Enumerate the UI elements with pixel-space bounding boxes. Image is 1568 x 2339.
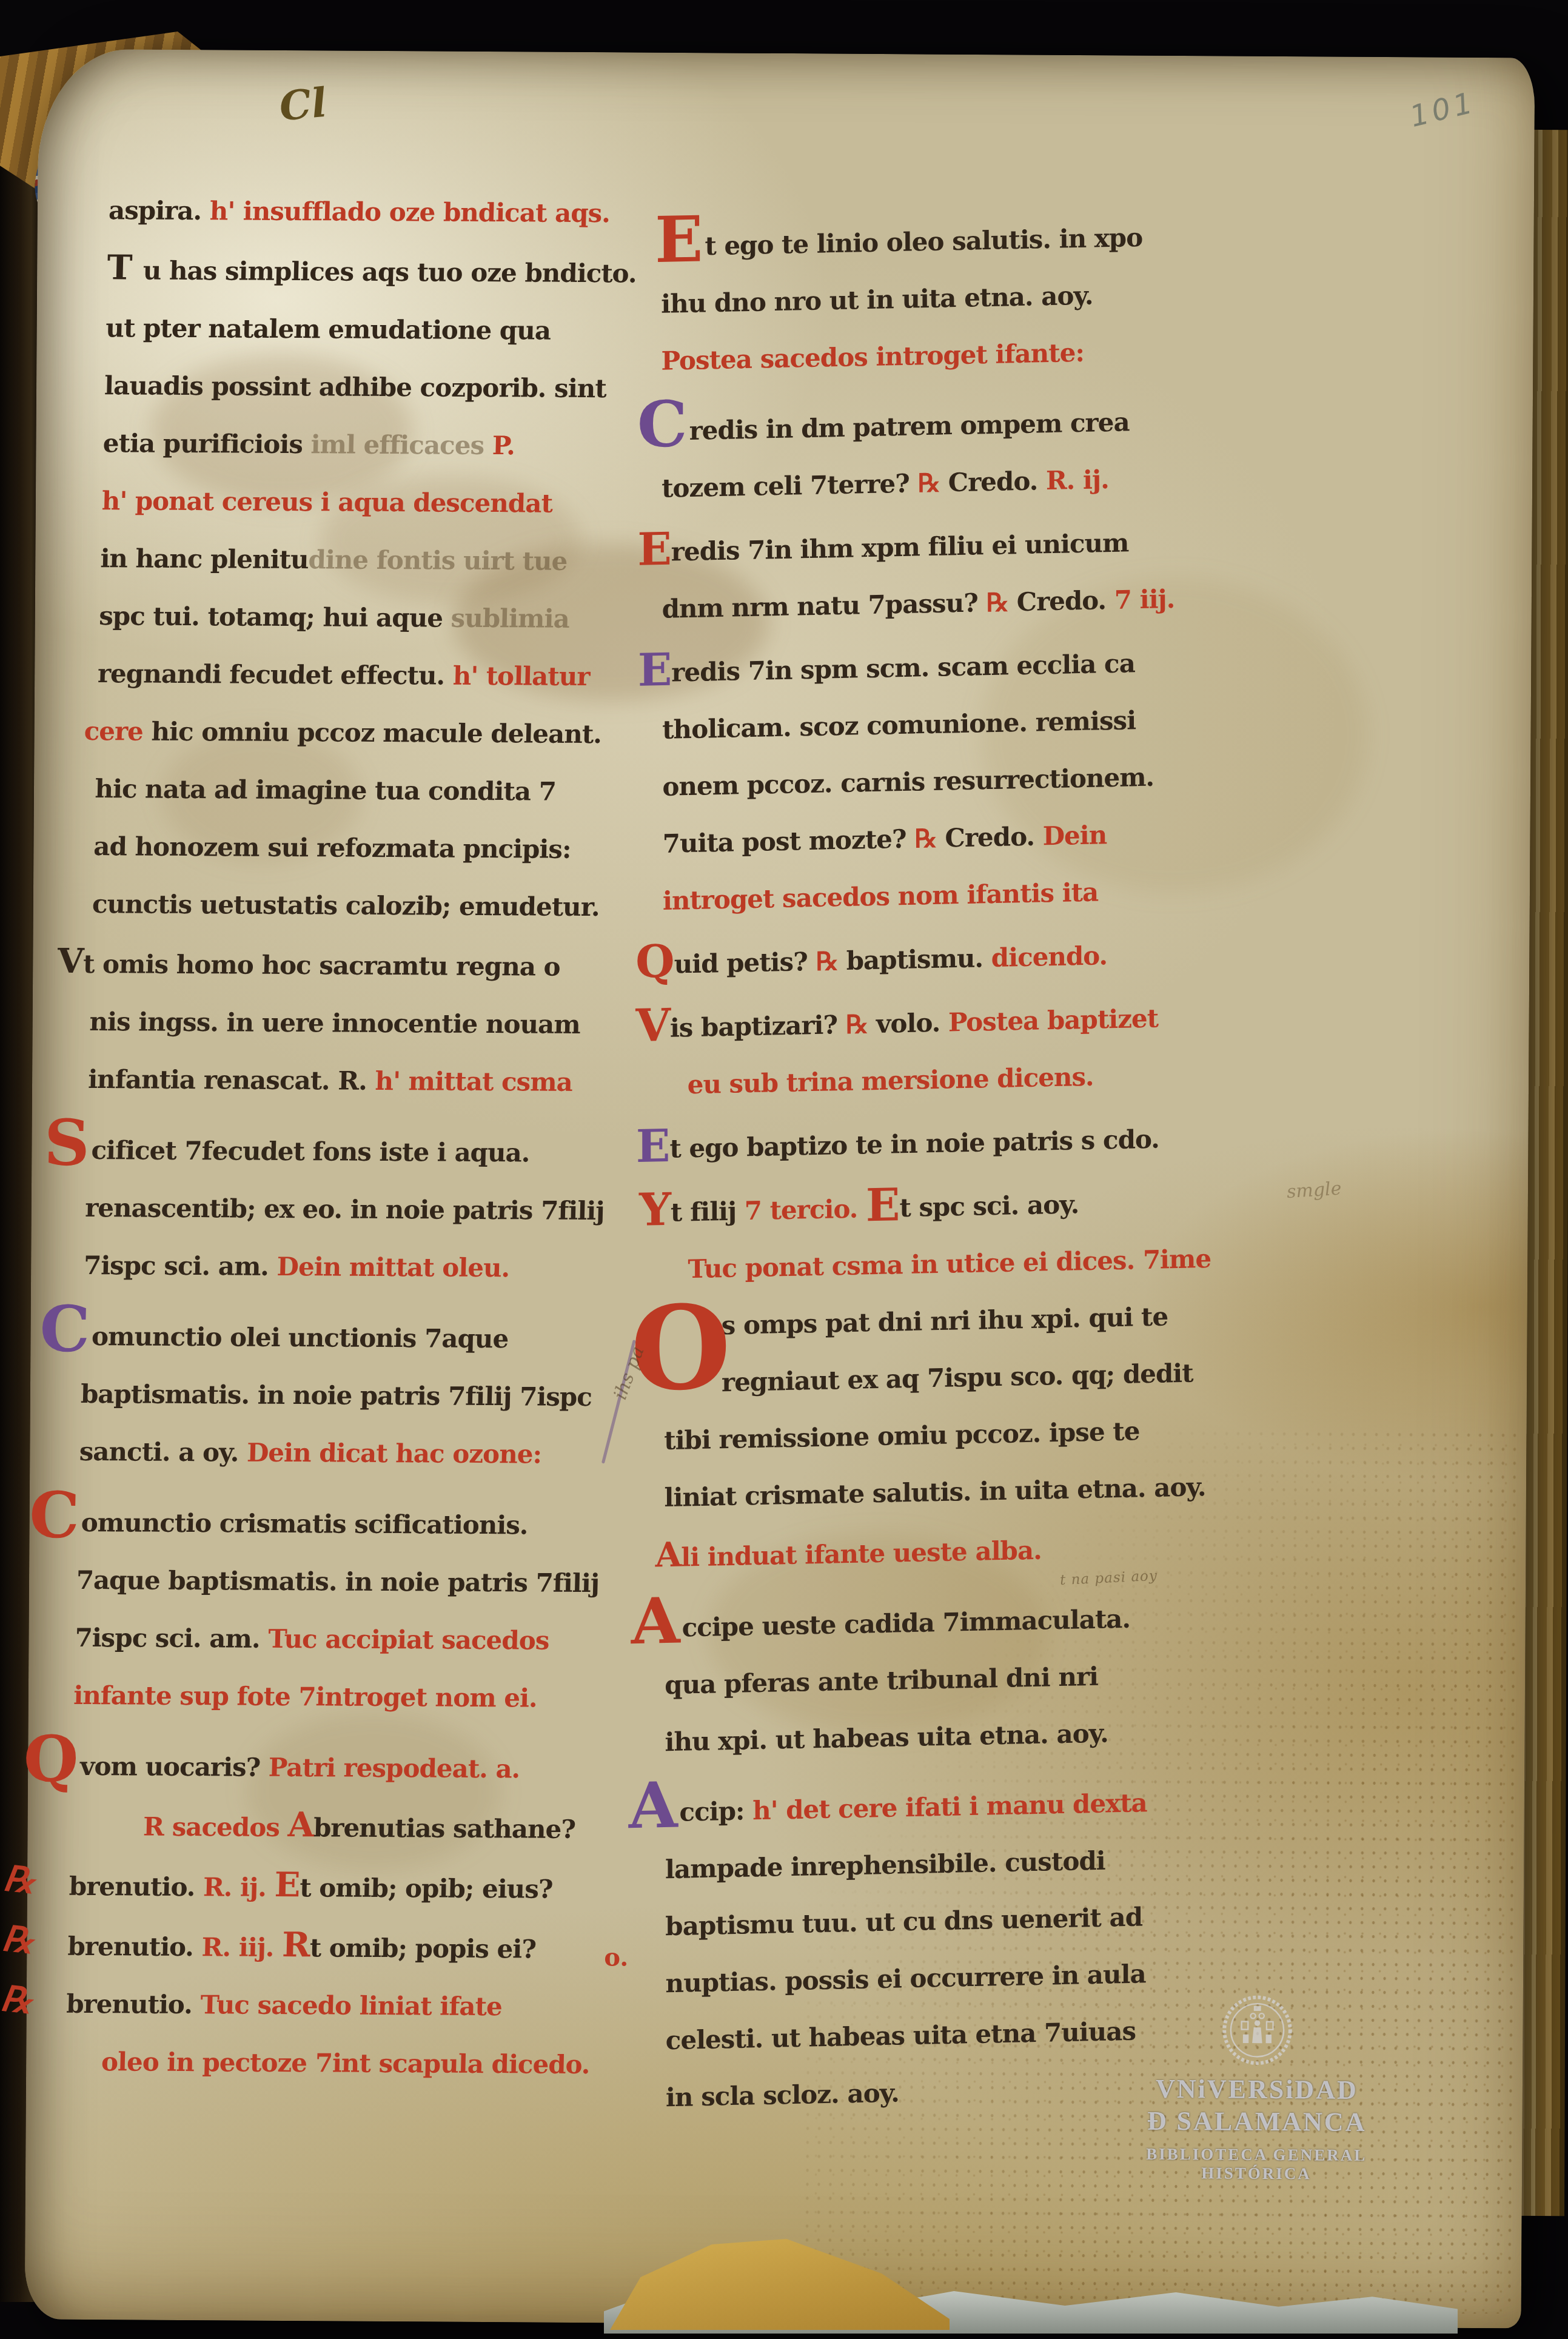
text-run: Credo.: [945, 821, 1042, 853]
text-run: 7aque baptismatis. in noie patris 7filij: [76, 1565, 599, 1598]
text-run: 7 iij.: [1114, 584, 1175, 615]
illuminated-initial: Q: [635, 936, 674, 988]
text-line: oleo in pectoze 7int scapula dicedo.: [101, 2033, 611, 2093]
text-run: ccipe ueste cadida 7immaculata.: [682, 1604, 1131, 1643]
text-run: cificet 7fecudet fons iste i aqua.: [91, 1135, 530, 1167]
text-line: regnandi fecudet effectu. h' tollatur: [97, 645, 644, 705]
text-run: Postea sacedos introget ifante:: [662, 338, 1084, 376]
text-run: t ego te linio oleo salutis. in xpo: [705, 223, 1142, 261]
text-run: dicendo.: [991, 941, 1108, 973]
text-run: dnm nrm natu 7passu?: [662, 588, 987, 624]
watermark-salamanca: Ð SALAMANCA: [1099, 2105, 1414, 2138]
text-line: Comunctio olei unctionis 7aque: [39, 1294, 629, 1369]
text-run: tibi remissione omiu pccoz. ipse te: [664, 1416, 1139, 1455]
text-line: 7ispc sci. am. Dein mittat oleu.: [83, 1237, 630, 1297]
text-line: cunctis uetustatis calozib; emudetur.: [92, 875, 638, 936]
manuscript-page: 101 Cl aspira. h' insufflado oze bndicat…: [25, 49, 1535, 2328]
watermark-university: VNiVERSiDAD: [1099, 2073, 1415, 2106]
text-run: brenutio.: [66, 1989, 201, 2019]
red-margin-mark: o.: [604, 1943, 628, 1972]
text-line: hic nata ad imagine tua condita 7: [94, 760, 641, 820]
text-run: infantia renascat. R.: [88, 1064, 375, 1096]
text-run: ihu xpi. ut habeas uita etna. aoy.: [665, 1718, 1108, 1757]
text-run: oleo in pectoze 7int scapula dicedo.: [101, 2047, 590, 2079]
text-run: eu sub trina mersione dicens.: [688, 1062, 1094, 1099]
text-run: u has simplices aqs tuo oze bndicto.: [142, 256, 637, 289]
text-run: lampade inrephensibile. custodi: [665, 1846, 1105, 1885]
text-run: ℞: [846, 1009, 876, 1039]
text-run: baptismu tuu. ut cu dns uenerit ad: [665, 1902, 1142, 1941]
watermark-library: BIBLIOTECA GENERAL HISTÓRICA: [1099, 2144, 1414, 2184]
text-run: h' mittat csma: [375, 1066, 572, 1097]
text-line: 7aque baptismatis. in noie patris 7filij: [76, 1551, 623, 1612]
illuminated-initial: S: [43, 1106, 90, 1180]
text-run: R. ij.: [1046, 465, 1109, 495]
text-run: Dein mittat oleu.: [276, 1252, 510, 1283]
text-column-right: Et ego te linio oleo salutis. in xpoihu …: [661, 191, 1387, 2126]
text-run: tozem celi 7terre?: [662, 468, 917, 503]
text-run: sancti. a oy.: [79, 1437, 247, 1468]
text-run: qua pferas ante tribunal dni nri: [665, 1662, 1098, 1700]
text-run: lauadis possint adhibe cozporib. sint: [104, 371, 607, 403]
illuminated-initial: R: [282, 1925, 310, 1965]
text-run: dine fontis uirt tue: [308, 545, 568, 576]
text-line: spc tui. totamq; hui aque sublimia: [98, 587, 645, 648]
text-run: introget sacedos nom ifantis ita: [663, 878, 1099, 916]
illuminated-initial: E: [655, 201, 703, 277]
text-column-left: aspira. h' insufflado oze bndicat aqs.T …: [64, 181, 655, 2093]
text-line: h' ponat cereus i aqua descendat: [101, 472, 648, 532]
text-run: h' insufflado oze bndicat aqs.: [209, 196, 610, 228]
text-run: cunctis uetustatis calozib; emudetur.: [92, 889, 600, 922]
text-run: Patri respodeat. a.: [268, 1753, 520, 1784]
text-line: etia purificiois iml efficaces P.: [102, 414, 649, 475]
illuminated-initial: C: [39, 1292, 90, 1366]
responsum-mark: ℞: [0, 1910, 37, 1970]
illuminated-initial: E: [274, 1865, 300, 1905]
text-run: aspira.: [108, 195, 210, 226]
text-line: 7ispc sci. am. Tuc accipiat sacedos: [74, 1609, 621, 1670]
text-run: celesti. ut habeas uita etna 7uiuas: [666, 2016, 1136, 2056]
text-run: 7uita post mozte?: [663, 824, 915, 859]
text-run: brenutio.: [67, 1931, 202, 1962]
text-run: 7ispc sci. am.: [83, 1250, 277, 1281]
text-run: ad honozem sui refozmata pncipis:: [93, 831, 571, 864]
text-line: R sacedos Abrenutias sathane?: [142, 1796, 617, 1859]
text-line: ℞brenutio. R. ij. Et omib; opib; eius?: [69, 1855, 615, 1918]
text-run: volo.: [876, 1008, 948, 1039]
text-run: ℞: [816, 946, 846, 976]
text-run: h' ponat cereus i aqua descendat: [101, 486, 552, 518]
pen-trial-mark: Cl: [277, 79, 329, 130]
text-run: h' tollatur: [452, 661, 590, 691]
text-run: in hanc plenitu: [100, 543, 309, 574]
text-run: ℞: [986, 587, 1016, 617]
text-run: infante sup fote 7introget nom ei.: [73, 1680, 537, 1713]
illuminated-initial: Q: [22, 1721, 78, 1796]
text-line: cere hic omniu pccoz macule deleant.: [84, 702, 643, 763]
text-line: in hanc plenitudine fontis uirt tue: [99, 529, 646, 590]
text-run: baptismatis. in noie patris 7filij 7ispc: [80, 1379, 592, 1412]
text-line: infante sup fote 7introget nom ei.: [73, 1666, 620, 1727]
text-run: ccip:: [679, 1796, 752, 1827]
illuminated-initial: Y: [639, 1184, 671, 1237]
illuminated-initial: V: [635, 999, 670, 1052]
text-run: baptismu.: [846, 943, 991, 976]
salamanca-watermark: VNiVERSiDAD Ð SALAMANCA BIBLIOTECA GENER…: [1099, 1993, 1415, 2184]
folio-number: 101: [1407, 86, 1479, 134]
text-run: Dein dicat hac ozone:: [246, 1438, 541, 1469]
text-line: Vt omis homo hoc sacramtu regna o: [57, 933, 637, 996]
text-run: iml efficaces: [310, 429, 492, 460]
text-run: hic omniu pccoz macule deleant.: [151, 717, 602, 750]
text-run: Tuc sacedo liniat ifate: [200, 1990, 502, 2021]
responsum-mark: ℞: [0, 1970, 35, 2030]
text-run: Tuc accipiat sacedos: [268, 1624, 549, 1656]
illuminated-initial: E: [636, 1120, 670, 1173]
text-run: t ego baptizo te in noie patris s cdo.: [669, 1124, 1159, 1164]
text-run: brenutias sathane?: [313, 1813, 575, 1844]
text-run: renascentib; ex eo. in noie patris 7fili…: [85, 1193, 605, 1226]
text-run: h' det cere ifati i manu dexta: [752, 1788, 1147, 1825]
text-run: P.: [492, 431, 515, 460]
text-run: redis 7in ihm xpm filiu ei unicum: [671, 528, 1129, 566]
illuminated-initial: C: [28, 1477, 80, 1552]
text-run: li induat ifante ueste alba.: [681, 1535, 1042, 1572]
university-seal-icon: [1221, 1994, 1293, 2066]
text-run: t omib; opib; eius?: [300, 1873, 553, 1904]
text-run: vom uocaris?: [80, 1751, 269, 1782]
illuminated-initial: C: [637, 386, 687, 462]
text-run: R. iij.: [201, 1932, 283, 1962]
illuminated-initial: A: [631, 1583, 680, 1659]
text-line: Qvom uocaris? Patri respodeat. a.: [22, 1723, 618, 1798]
text-run: regnandi fecudet effectu.: [97, 659, 453, 691]
text-run: is baptizari?: [670, 1010, 846, 1043]
text-run: uid petis?: [674, 947, 816, 979]
text-line: baptismatis. in noie patris 7filij 7ispc: [80, 1365, 627, 1426]
text-run: t omib; popis ei?: [309, 1933, 536, 1964]
text-line: nis ingss. in uere innocentie nouam: [89, 993, 635, 1053]
text-line: Comunctio crismatis scificationis.: [28, 1480, 625, 1554]
text-run: 7 tercio.: [745, 1193, 866, 1226]
text-run: etia purificiois: [102, 428, 311, 459]
text-run: R sacedos: [143, 1812, 288, 1842]
text-line: infantia renascat. R. h' mittat csma: [87, 1050, 634, 1111]
text-line: aspira. h' insufflado oze bndicat aqs.: [108, 181, 655, 242]
text-line: ad honozem sui refozmata pncipis:: [93, 817, 640, 878]
text-run: sublimia: [451, 603, 569, 634]
text-run: cere: [84, 716, 152, 747]
illuminated-initial: E: [638, 644, 672, 697]
illuminated-initial: E: [866, 1179, 900, 1232]
text-run: ℞: [914, 824, 945, 854]
text-run: Dein: [1043, 820, 1107, 851]
right-margin-note: smgle: [1286, 1178, 1342, 1203]
text-run: spc tui. totamq; hui aque: [99, 601, 452, 633]
text-run: nis ingss. in uere innocentie nouam: [89, 1007, 580, 1039]
text-run: t filij: [671, 1196, 745, 1227]
responsum-mark: ℞: [0, 1850, 38, 1910]
text-run: onem pccoz. carnis resurrectionem.: [662, 762, 1154, 802]
text-line: ℞brenutio. R. iij. Rt omib; popis ei?: [67, 1915, 614, 1978]
text-run: ℞: [917, 468, 948, 498]
text-run: omunctio crismatis scificationis.: [81, 1508, 528, 1540]
text-line: Scificet 7fecudet fons iste i aqua.: [43, 1108, 633, 1183]
text-run: 7ispc sci. am.: [75, 1623, 269, 1654]
text-run: omunctio olei unctionis 7aque: [91, 1321, 508, 1354]
text-run: ut pter natalem emudatione qua: [106, 313, 551, 345]
text-run: Credo.: [948, 466, 1046, 497]
text-run: tholicam. scoz comunione. remissi: [662, 705, 1136, 745]
text-run: t omis homo hoc sacramtu regna o: [83, 949, 561, 982]
illuminated-initial: A: [287, 1805, 314, 1845]
text-line: renascentib; ex eo. in noie patris 7fili…: [84, 1179, 631, 1240]
text-line: lauadis possint adhibe cozporib. sint: [104, 357, 651, 417]
text-run: regniaut ex aq 7ispu sco. qq; dedit: [722, 1358, 1193, 1398]
text-run: brenutio.: [69, 1871, 203, 1902]
illuminated-initial: E: [637, 523, 671, 576]
text-run: Postea baptizet: [948, 1004, 1158, 1038]
text-run: redis 7in spm scm. scam ecclia ca: [671, 648, 1135, 687]
text-run: nuptias. possis ei occurrere in aula: [666, 1959, 1146, 1998]
text-line: ℞brenutio. Tuc sacedo liniat ifate: [65, 1975, 612, 2036]
text-run: in scla scloz. aoy.: [666, 2078, 899, 2113]
text-run: liniat crismate salutis. in uita etna. a…: [664, 1472, 1205, 1512]
text-line: sancti. a oy. Dein dicat hac ozone:: [79, 1423, 626, 1483]
illuminated-initial: T: [107, 247, 144, 287]
illuminated-initial: A: [655, 1535, 682, 1576]
text-run: redis in dm patrem ompem crea: [689, 407, 1130, 446]
text-run: Tuc ponat csma in utice ei dices. 7ime: [688, 1244, 1211, 1284]
text-run: hic nata ad imagine tua condita 7: [95, 774, 557, 807]
illuminated-initial: A: [629, 1768, 677, 1844]
text-run: t spc sci. aoy.: [899, 1189, 1079, 1223]
text-run: Credo.: [1017, 585, 1114, 617]
text-line: ut pter natalem emudatione qua: [105, 299, 652, 360]
text-run: s omps pat dni nri ihu xpi. qui te: [722, 1301, 1168, 1340]
text-run: R. ij.: [203, 1872, 275, 1902]
text-line: T u has simplices aqs tuo oze bndicto.: [107, 239, 654, 302]
illuminated-initial: V: [57, 941, 84, 981]
text-run: ihu dno nro ut in uita etna. aoy.: [661, 280, 1093, 318]
